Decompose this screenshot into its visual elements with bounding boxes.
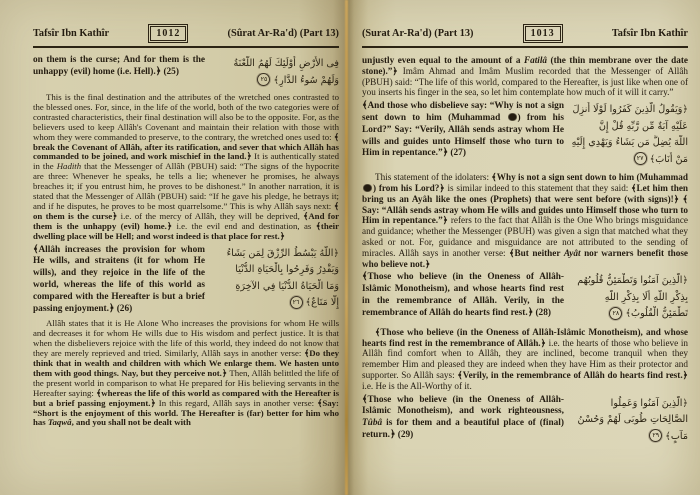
text-segment: Fatilâ xyxy=(524,55,547,65)
arabic-verse-line: الصَّالِحَاتِ طُوبَى لَهُمْ وَحُسْنُ xyxy=(571,412,688,429)
arabic-verse-line: ﴿الَّذِينَ آمَنُوا وَتَطْمَئِنُّ قُلُوبُ… xyxy=(571,273,688,290)
text-segment: ﴾Verily, in the remembrance of Allâh do … xyxy=(457,370,688,380)
page-number-box: 1013 xyxy=(523,24,563,43)
arabic-verse-line: وَمَا الْحَيَاةُ الدُّنْيَا فِي الآخِرَة… xyxy=(212,279,339,296)
page-number: 1012 xyxy=(150,26,186,41)
text-segment: In this regard, Allâh says in another ve… xyxy=(156,398,318,408)
arabic-verse-26: ﴿اللَّهُ يَبْسُطُ الرِّزْقَ لِمَن يَشَاء… xyxy=(212,245,339,316)
arabic-verse-line: وَلَهُمْ سُوءُ الدَّارِ﴾٢٥ xyxy=(212,73,339,90)
tafsir-paragraph-25: This is the final destination and the at… xyxy=(33,93,339,242)
commentary-paragraph-27: This statement of the idolaters: ﴾Why is… xyxy=(362,172,688,269)
text-segment: ﴾Those who believe (in the Oneness of Al… xyxy=(362,272,564,317)
text-segment: Taqwâ xyxy=(48,417,72,427)
continuation-paragraph: unjustly even equal to the amount of a F… xyxy=(362,55,688,98)
text-segment: Hadith xyxy=(57,161,81,171)
arabic-verse-line: إِلَّا مَتَاعٌ﴾٢٦ xyxy=(212,295,339,312)
header-rule xyxy=(33,46,339,48)
text-segment: ﴾Allâh increases the provision for whom … xyxy=(33,245,205,314)
muhammad-pbuh-calligraphy-icon xyxy=(363,184,372,192)
ayah-end-medallion: ٢٧ xyxy=(634,152,647,165)
text-segment: i.e. He is the All-Worthy of it. xyxy=(362,381,472,391)
arabic-verse-line: مَنْ أَنَابَ﴾٢٧ xyxy=(571,152,688,169)
arabic-verse-line: مَآبٍ﴾٢٩ xyxy=(571,429,688,446)
arabic-verse-line: ﴿الَّذِينَ آمَنُوا وَعَمِلُوا xyxy=(571,396,688,413)
running-title: Tafsîr Ibn Kathîr xyxy=(33,27,109,40)
ayah-end-medallion: ٢٨ xyxy=(609,307,622,320)
arabic-verse-line: اللَّهَ يُضِلُّ مَن يَشَاءُ وَيَهْدِي إِ… xyxy=(571,135,688,152)
verse-block-27: ﴾And those who disbelieve say: “Why is n… xyxy=(362,101,688,168)
verse-translation-29: ﴾Those who believe (in the Oneness of Al… xyxy=(362,395,564,446)
verse-translation-28: ﴾Those who believe (in the Oneness of Al… xyxy=(362,272,564,323)
book-scan: Tafsîr Ibn Kathîr 1012 (Sûrat Ar-Ra'd) (… xyxy=(0,0,700,495)
text-segment: This statement of the idolaters: xyxy=(375,172,491,182)
verse-block-28: ﴾Those who believe (in the Oneness of Al… xyxy=(362,272,688,323)
ayah-end-medallion: ٢٥ xyxy=(257,73,270,86)
page-number-box: 1012 xyxy=(148,24,188,43)
verse-block-29: ﴾Those who believe (in the Oneness of Al… xyxy=(362,395,688,446)
text-segment: ﴾But neither xyxy=(509,248,564,258)
page-gutter-crease xyxy=(345,0,348,495)
text-segment: is similar indeed to this statement that… xyxy=(445,183,631,193)
page-header-right: (Surat Ar-Ra'd) (Part 13) 1013 Tafsîr Ib… xyxy=(362,24,688,43)
header-rule xyxy=(362,46,688,48)
arabic-verse-line: عَلَيْهِ آيَةٌ مِّن رَّبِّهِ قُلْ إِنَّ xyxy=(571,119,688,136)
arabic-verse-line: تَطْمَئِنُّ الْقُلُوبُ﴾٢٨ xyxy=(571,306,688,323)
commentary-paragraph-28: ﴾Those who believe (in the Oneness of Al… xyxy=(362,327,688,392)
arabic-verse-29: ﴿الَّذِينَ آمَنُوا وَعَمِلُواالصَّالِحَا… xyxy=(571,395,688,446)
muhammad-pbuh-calligraphy-icon xyxy=(508,113,517,121)
text-segment: ﴾Why is not a sign sent down to him (Muh… xyxy=(491,172,688,182)
text-segment: Imâm Ahmad and Imâm Muslim recorded that… xyxy=(362,66,688,98)
arabic-verse-line: فِى الأَرْضِ أُوْلَئِكَ لَهُمُ اللَّعْنَ… xyxy=(212,56,339,73)
running-title: Tafsîr Ibn Kathîr xyxy=(612,27,688,40)
surah-part-label: (Sûrat Ar-Ra'd) (Part 13) xyxy=(228,27,339,40)
page-header-left: Tafsîr Ibn Kathîr 1012 (Sûrat Ar-Ra'd) (… xyxy=(33,24,339,43)
text-segment: This is the final destination and the at… xyxy=(33,92,339,142)
page-right: (Surat Ar-Ra'd) (Part 13) 1013 Tafsîr Ib… xyxy=(347,0,700,495)
arabic-verse-line: بِذِكْرِ اللَّهِ أَلَا بِذِكْرِ اللَّهِ xyxy=(571,290,688,307)
verse-translation-26: ﴾Allâh increases the provision for whom … xyxy=(33,245,205,316)
text-segment: i.e. the evil end and destination, as xyxy=(172,221,316,231)
ayah-end-medallion: ٢٩ xyxy=(649,429,662,442)
ayah-end-medallion: ٢٦ xyxy=(290,296,303,309)
text-segment: is for them and a beautiful place of (fi… xyxy=(362,418,564,440)
verse-block-25: on them is the curse; And for them is th… xyxy=(33,55,339,89)
text-segment: ﴾Those who believe (in the Oneness of Al… xyxy=(362,395,564,417)
arabic-verse-line: ﴿اللَّهُ يَبْسُطُ الرِّزْقَ لِمَن يَشَاء… xyxy=(212,246,339,263)
text-segment: unjustly even equal to the amount of a xyxy=(362,55,524,65)
tafsir-paragraph-26: Allâh states that it is He Alone Who inc… xyxy=(33,319,339,428)
verse-block-26: ﴾Allâh increases the provision for whom … xyxy=(33,245,339,316)
text-segment: ) from his Lord?﴿ xyxy=(373,183,445,193)
verse-translation-25: on them is the curse; And for them is th… xyxy=(33,55,205,89)
arabic-verse-25: فِى الأَرْضِ أُوْلَئِكَ لَهُمُ اللَّعْنَ… xyxy=(212,55,339,89)
text-segment: Allâh states that it is He Alone Who inc… xyxy=(33,318,339,358)
arabic-verse-27: ﴿وَيَقُولُ الَّذِينَ كَفَرُوا لَوْلَا أُ… xyxy=(571,101,688,168)
arabic-verse-line: ﴿وَيَقُولُ الَّذِينَ كَفَرُوا لَوْلَا أُ… xyxy=(571,102,688,119)
page-number: 1013 xyxy=(525,26,561,41)
text-segment: on them is the curse; And for them is th… xyxy=(33,55,205,77)
surah-part-label: (Surat Ar-Ra'd) (Part 13) xyxy=(362,27,473,40)
verse-translation-27: ﴾And those who disbelieve say: “Why is n… xyxy=(362,101,564,168)
text-segment: , and you shall not be dealt with xyxy=(72,417,191,427)
text-segment: Tûbâ xyxy=(362,418,382,428)
page-left: Tafsîr Ibn Kathîr 1012 (Sûrat Ar-Ra'd) (… xyxy=(0,0,347,495)
text-segment: Ayât xyxy=(564,248,581,258)
text-segment: i.e. of the mercy of Allâh, they will be… xyxy=(117,211,303,221)
arabic-verse-line: وَيَقْدِرُ وَفَرِحُوا بِالْحَيَاةِ الدُّ… xyxy=(212,262,339,279)
arabic-verse-28: ﴿الَّذِينَ آمَنُوا وَتَطْمَئِنُّ قُلُوبُ… xyxy=(571,272,688,323)
